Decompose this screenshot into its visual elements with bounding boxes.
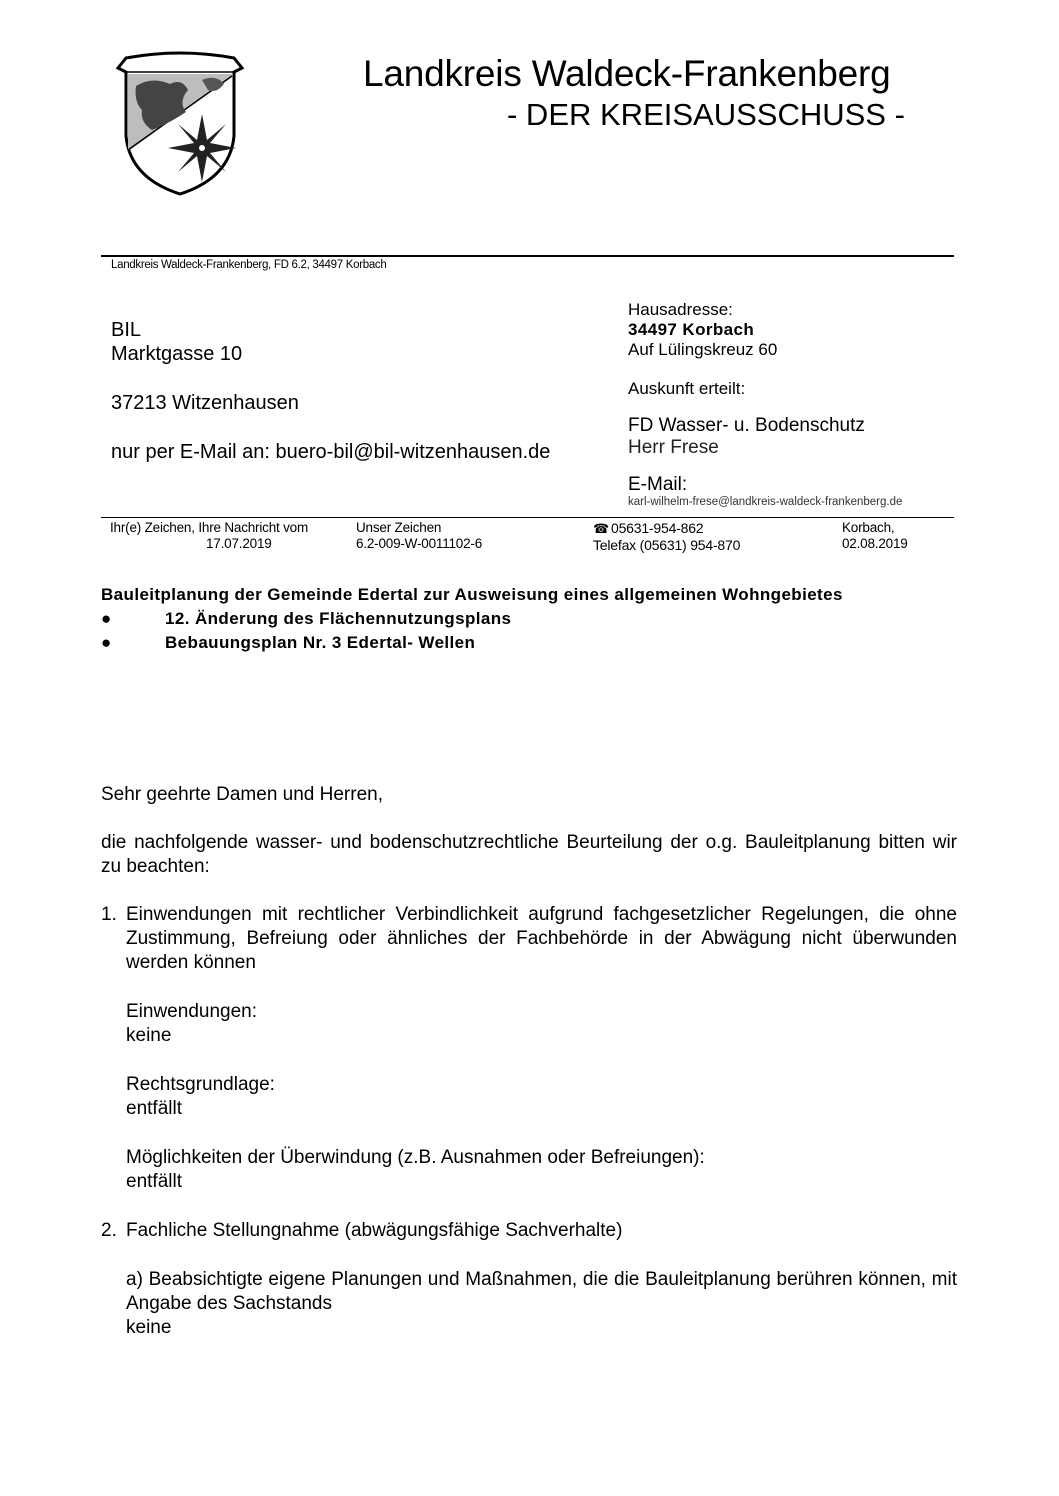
section-1-item: Möglichkeiten der Überwindung (z.B. Ausn…	[101, 1146, 957, 1194]
delivery-note: nur per E-Mail an: buero-bil@bil-witzenh…	[111, 440, 550, 464]
your-reference-label: Ihr(e) Zeichen, Ihre Nachricht vom	[110, 520, 308, 536]
our-reference: Unser Zeichen 6.2-009-W-0011102-6	[356, 520, 482, 552]
bullet-icon: ●	[101, 631, 165, 655]
subject-line: Bauleitplanung der Gemeinde Edertal zur …	[101, 583, 957, 607]
subject-bullet-text: 12. Änderung des Flächennutzungsplans	[165, 607, 511, 631]
section-1: 1. Einwendungen mit rechtlicher Verbindl…	[101, 903, 957, 975]
letter-subject: Bauleitplanung der Gemeinde Edertal zur …	[101, 583, 957, 655]
subject-bullet: ● Bebauungsplan Nr. 3 Edertal- Wellen	[101, 631, 957, 655]
your-reference-date: 17.07.2019	[110, 536, 308, 552]
sender-return-address: Landkreis Waldeck-Frankenberg, FD 6.2, 3…	[111, 259, 386, 272]
section-2a-text: a) Beabsichtigte eigene Planungen und Ma…	[126, 1268, 957, 1316]
letter-date: 02.08.2019	[842, 536, 908, 552]
phone-number: 05631-954-862	[611, 520, 703, 536]
item-value: entfällt	[126, 1170, 957, 1194]
phone-fax: ☎05631-954-862 Telefax (05631) 954-870	[593, 520, 740, 553]
contact-department: FD Wasser- u. Bodenschutz	[628, 415, 902, 437]
subject-bullet-text: Bebauungsplan Nr. 3 Edertal- Wellen	[165, 631, 475, 655]
salutation: Sehr geehrte Damen und Herren,	[101, 783, 957, 807]
contact-info: Hausadresse: 34497 Korbach Auf Lülingskr…	[628, 300, 902, 509]
address-city: 34497 Korbach	[628, 320, 902, 340]
info-label: Auskunft erteilt:	[628, 379, 902, 399]
item-label: Rechtsgrundlage:	[126, 1073, 957, 1097]
reference-divider	[101, 517, 954, 518]
telephone-icon: ☎	[593, 521, 611, 537]
our-reference-value: 6.2-009-W-0011102-6	[356, 536, 482, 552]
intro-paragraph: die nachfolgende wasser- und bodenschutz…	[101, 831, 957, 879]
our-reference-label: Unser Zeichen	[356, 520, 482, 536]
organization-title: Landkreis Waldeck-Frankenberg	[363, 54, 891, 94]
section-2-text: Fachliche Stellungnahme (abwägungsfähige…	[126, 1219, 622, 1243]
subject-bullet: ● 12. Änderung des Flächennutzungsplans	[101, 607, 957, 631]
address-street: Auf Lülingskreuz 60	[628, 340, 902, 360]
section-number: 2.	[101, 1219, 126, 1243]
contact-email[interactable]: karl-wilhelm-frese@landkreis-waldeck-fra…	[628, 496, 902, 509]
item-value: entfällt	[126, 1097, 957, 1121]
recipient-street: Marktgasse 10	[111, 342, 550, 366]
header-divider	[101, 255, 954, 257]
section-2: 2. Fachliche Stellungnahme (abwägungsfäh…	[101, 1219, 957, 1243]
recipient-name: BIL	[111, 318, 550, 342]
section-number: 1.	[101, 903, 126, 975]
your-reference: Ihr(e) Zeichen, Ihre Nachricht vom 17.07…	[110, 520, 308, 552]
item-label: Möglichkeiten der Überwindung (z.B. Ausn…	[126, 1146, 957, 1170]
section-1-item: Einwendungen: keine	[101, 1000, 957, 1048]
department-subtitle: - DER KREISAUSSCHUSS -	[507, 98, 905, 132]
section-1-text: Einwendungen mit rechtlicher Verbindlich…	[126, 903, 957, 975]
contact-person: Herr Frese	[628, 437, 902, 459]
fax-number: Telefax (05631) 954-870	[593, 537, 740, 553]
email-label: E-Mail:	[628, 474, 902, 496]
section-2a-value: keine	[126, 1316, 957, 1340]
address-label: Hausadresse:	[628, 300, 902, 320]
place-date: Korbach, 02.08.2019	[842, 520, 908, 552]
item-label: Einwendungen:	[126, 1000, 957, 1024]
letter-body: Sehr geehrte Damen und Herren, die nachf…	[101, 783, 957, 1340]
bullet-icon: ●	[101, 607, 165, 631]
letter-place: Korbach,	[842, 520, 908, 536]
recipient-city: 37213 Witzenhausen	[111, 391, 550, 415]
section-2a: a) Beabsichtigte eigene Planungen und Ma…	[101, 1268, 957, 1340]
recipient-address: BIL Marktgasse 10 37213 Witzenhausen nur…	[111, 318, 550, 464]
section-1-item: Rechtsgrundlage: entfällt	[101, 1073, 957, 1121]
coat-of-arms-icon	[112, 50, 248, 198]
item-value: keine	[126, 1024, 957, 1048]
